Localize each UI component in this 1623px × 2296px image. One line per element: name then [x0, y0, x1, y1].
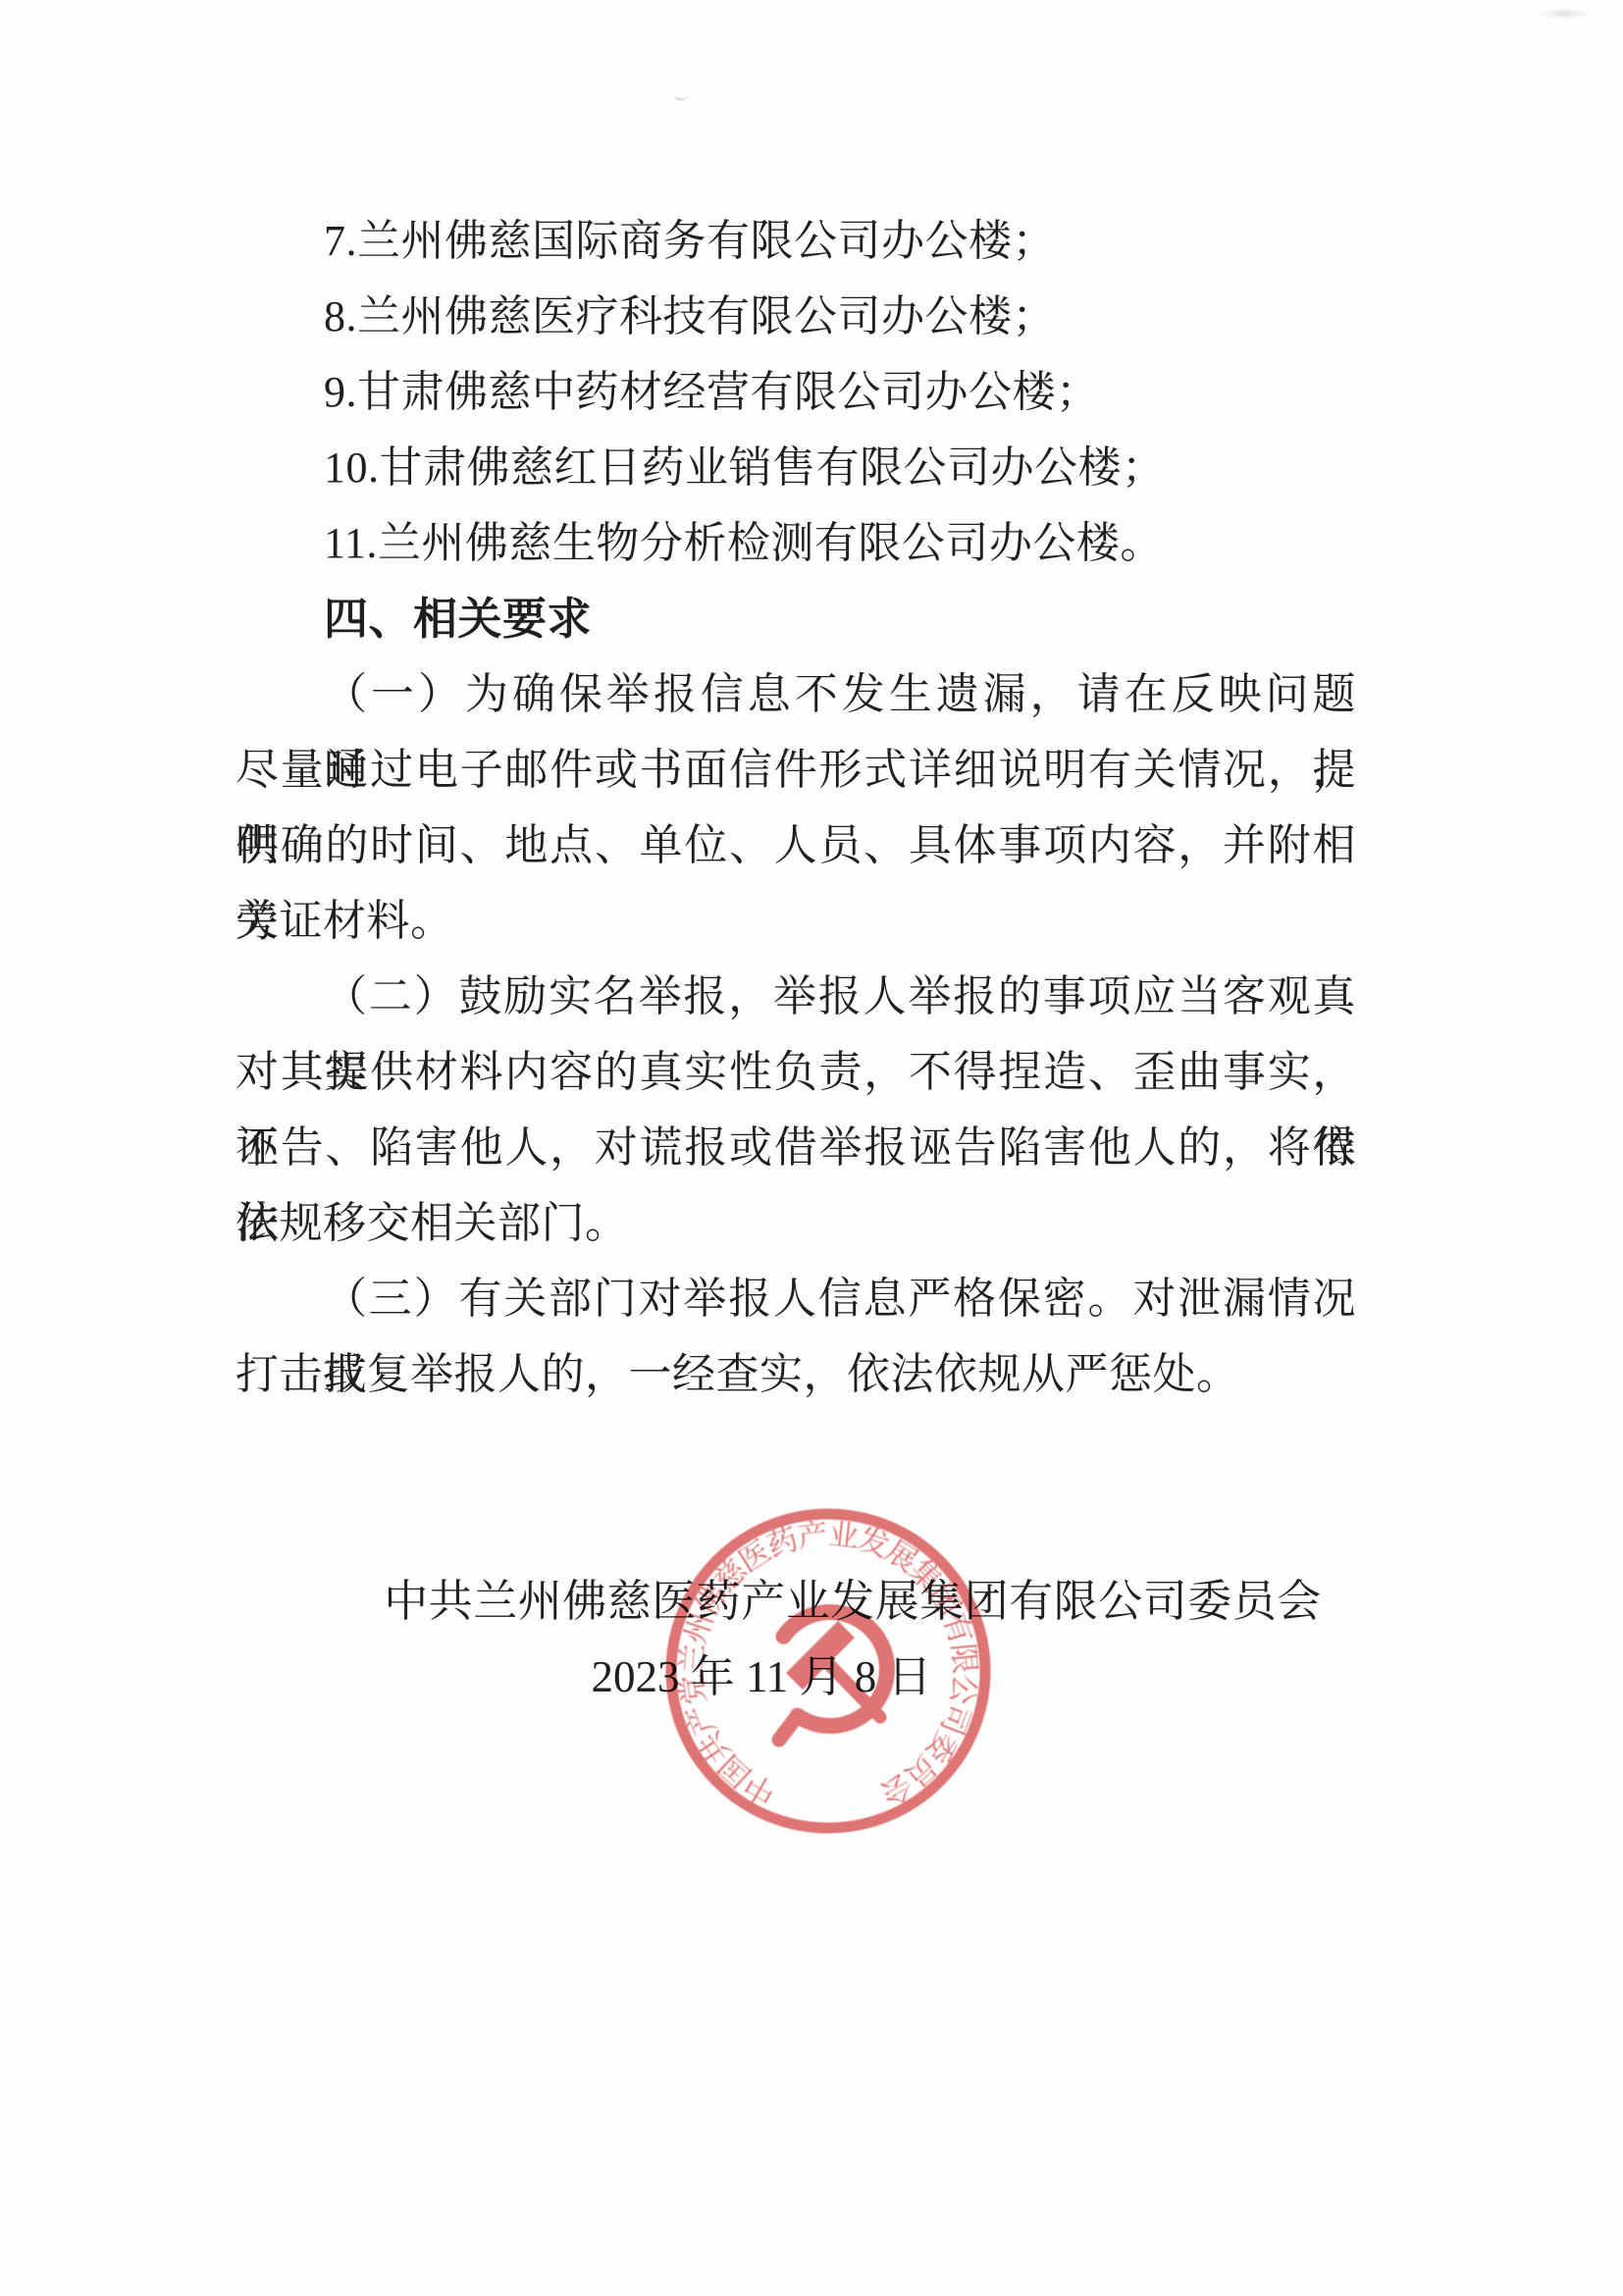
- svg-text:限: 限: [946, 1642, 983, 1675]
- scan-artifact: [674, 88, 691, 103]
- list-item-9: 9.甘肃佛慈中药材经营有限公司办公楼；: [236, 354, 1356, 430]
- paragraph-2-line-3: 诬告、陷害他人，对谎报或借举报诬告陷害他人的，将依法: [236, 1110, 1356, 1185]
- official-seal-stamp: 中国共产党兰州佛慈医药产业发展集团有限公司委员会: [654, 1496, 1003, 1846]
- paragraph-3-line-1: （三）有关部门对举报人信息严格保密。对泄漏情况或: [236, 1261, 1356, 1336]
- scan-artifact: [1539, 8, 1590, 20]
- paragraph-1-line-4: 旁证材料。: [236, 883, 1356, 959]
- hammer-sickle-icon: [779, 1612, 887, 1740]
- paragraph-1-line-2: 尽量通过电子邮件或书面信件形式详细说明有关情况，提供: [236, 732, 1356, 808]
- paragraph-3-line-2: 打击报复举报人的，一经查实，依法依规从严惩处。: [236, 1336, 1356, 1412]
- document-page: 7.兰州佛慈国际商务有限公司办公楼； 8.兰州佛慈医疗科技有限公司办公楼； 9.…: [0, 0, 1623, 2296]
- document-body: 7.兰州佛慈国际商务有限公司办公楼； 8.兰州佛慈医疗科技有限公司办公楼； 9.…: [236, 203, 1356, 1412]
- list-item-10: 10.甘肃佛慈红日药业销售有限公司办公楼；: [236, 430, 1356, 505]
- svg-text:产: 产: [796, 1517, 830, 1554]
- list-item-11: 11.兰州佛慈生物分析检测有限公司办公楼。: [236, 505, 1356, 581]
- list-item-8: 8.兰州佛慈医疗科技有限公司办公楼；: [236, 279, 1356, 354]
- paragraph-2-line-4: 依规移交相关部门。: [236, 1185, 1356, 1261]
- svg-text:党: 党: [674, 1672, 712, 1706]
- paragraph-1-line-3: 明确的时间、地点、单位、人员、具体事项内容，并附相关: [236, 808, 1356, 883]
- paragraph-2-line-2: 对其提供材料内容的真实性负责，不得捏造、歪曲事实，不得: [236, 1034, 1356, 1110]
- paragraph-2-line-1: （二）鼓励实名举报，举报人举报的事项应当客观真实，: [236, 959, 1356, 1034]
- paragraph-1-line-1: （一）为确保举报信息不发生遗漏，请在反映问题时，: [236, 656, 1356, 732]
- section-heading: 四、相关要求: [236, 581, 1356, 656]
- list-item-7: 7.兰州佛慈国际商务有限公司办公楼；: [236, 203, 1356, 279]
